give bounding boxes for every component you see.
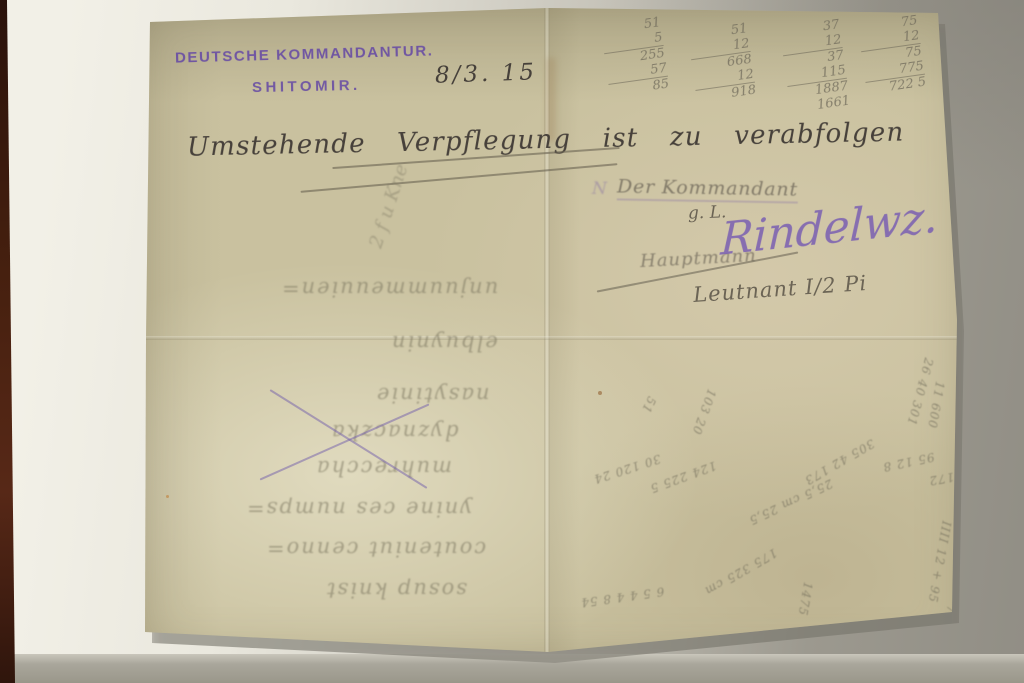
pencil-scribble: 305 42 173 (802, 436, 877, 487)
paper-stain-dot (598, 391, 602, 395)
paper-stain-dot (166, 495, 169, 498)
bleed-through-mark: N (592, 179, 608, 200)
pencil-scribble: 1475 (795, 581, 815, 617)
reverse-pencil-line: couteniut cenno= (265, 537, 486, 561)
reverse-pencil-line: sosup knist (325, 578, 467, 602)
pencil-scribble: IIII 12 + 95 (925, 520, 953, 604)
pencil-calc-column: 75 12 75 775 722 5 (857, 13, 927, 98)
pencil-scribble: 6 5 4 4 8 54 (579, 584, 665, 610)
reverse-pencil-line: nasytinie (375, 383, 490, 407)
pencil-scribble: 51 (639, 394, 659, 416)
reverse-pencil-line: ynine ces numps= (245, 497, 472, 521)
bleed-through-mark: 2 f u Kne (365, 161, 413, 251)
pencil-scribble: 95 12 8 (881, 450, 936, 475)
signature-rank-line: Leutnant I/2 Pi (692, 271, 868, 307)
header-stamp-line2: SHITOMIR. (252, 77, 361, 96)
handwritten-date: 8/3. 15 (435, 59, 538, 89)
kommandant-stamp: Der Kommandant (617, 175, 798, 203)
reverse-pencil-line: elbuynin (390, 331, 498, 355)
photo-of-document: DEUTSCHE KOMMANDANTUR. SHITOMIR. 8/3. 15… (0, 0, 1024, 683)
pencil-calc-column: 51 12 668 12 918 (687, 21, 757, 106)
pencil-calc-column: 51 5 255 57 85 (600, 15, 670, 100)
pencil-scribble: 175 325 cm (702, 546, 780, 599)
reverse-pencil-line: unjuummeuuien= (280, 277, 498, 301)
pencil-scribble: 103 20 (689, 387, 719, 437)
document-paper: DEUTSCHE KOMMANDANTUR. SHITOMIR. 8/3. 15… (140, 5, 962, 655)
horizontal-fold-crease (140, 336, 962, 340)
header-stamp-line1: DEUTSCHE KOMMANDANTUR. (175, 42, 434, 66)
pencil-scribble: 25,5 cm 25,5 (746, 476, 835, 527)
pencil-calc-column: 37 12 37 115 1887 1661 (779, 17, 851, 116)
